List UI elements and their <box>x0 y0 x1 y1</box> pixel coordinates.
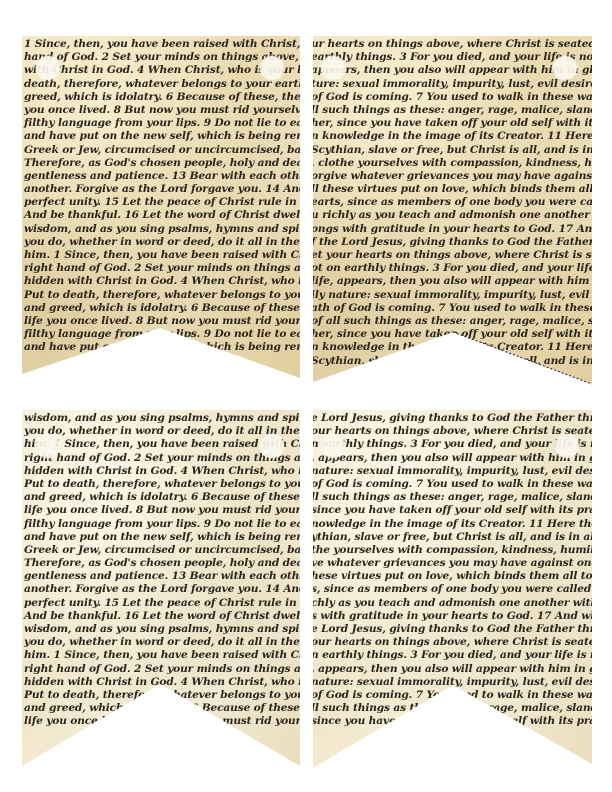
pennant-notch <box>313 36 592 388</box>
pennant-notch <box>22 410 300 768</box>
pennant-bottom-left: wisdom, and as you sing psalms, hymns an… <box>22 410 300 768</box>
pennant-bottom-right: e Lord Jesus, giving thanks to God the F… <box>313 410 592 770</box>
pennant-top-right: ur hearts on things above, where Christ … <box>313 36 592 388</box>
pennant-notch <box>22 36 300 384</box>
pennant-top-left: 1 Since, then, you have been raised with… <box>22 36 300 384</box>
pennant-notch <box>313 410 592 770</box>
